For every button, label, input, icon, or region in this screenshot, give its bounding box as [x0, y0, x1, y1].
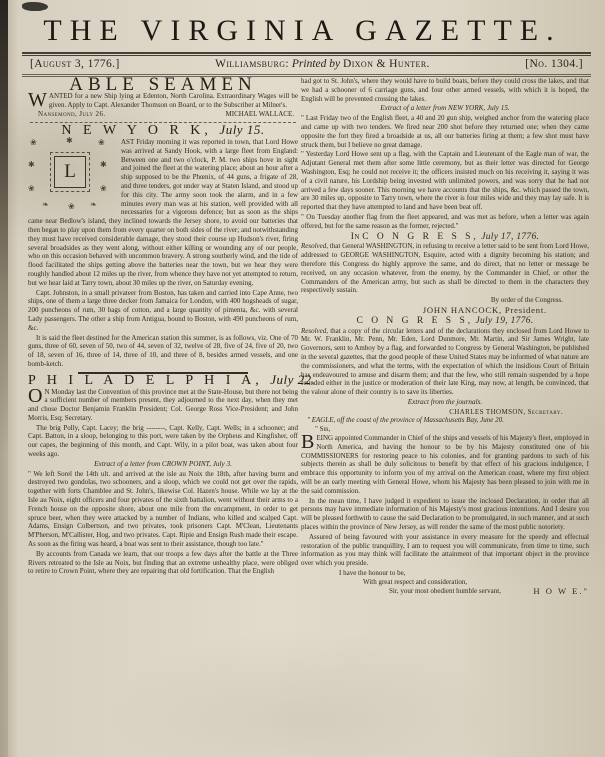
- journals-extract-line: Extract from the journals.: [301, 398, 589, 407]
- masthead-title: THE VIRGINIA GAZETTE.: [0, 14, 605, 48]
- heading-new-york: N E W Y O R K, July 15.: [28, 126, 298, 136]
- masthead-rule: [22, 52, 591, 56]
- ad-signature: MICHAEL WALLACE.: [226, 110, 294, 119]
- star-ornament-icon: ✱: [28, 161, 35, 170]
- heading-new-york-date: July 15.: [219, 122, 264, 137]
- resolved-lead: Resolved,: [301, 327, 328, 335]
- floral-ornament-icon: ❀: [30, 139, 37, 148]
- philadelphia-p2: The brig Polly, Capt. Lacey; the brig --…: [28, 424, 298, 459]
- able-seamen-ad: WANTED for a new Ship lying at Edenton, …: [28, 92, 298, 110]
- column-right: had got to St. John's, where they would …: [301, 77, 589, 595]
- imprint-place: Williamsburg:: [215, 58, 289, 70]
- new-york-report: ❀ ✱ ❀ ✱ ✱ ❀ ❀ ❧ ❀ ❧ L AST Friday morning…: [28, 138, 298, 288]
- able-seamen-body: ANTED for a new Ship lying at Edenton, N…: [49, 92, 298, 109]
- section-divider: [30, 122, 296, 123]
- issue-date: [August 3, 1776.]: [30, 58, 120, 70]
- dropcap-o: O: [28, 388, 44, 405]
- star-ornament-icon: ✱: [66, 137, 73, 146]
- able-seamen-signature-row: Nansemond, July 26. MICHAEL WALLACE.: [38, 110, 294, 119]
- crown-point-extract-heading: Extract of a letter from CROWN POINT, Ju…: [28, 460, 298, 469]
- newspaper-page: THE VIRGINIA GAZETTE. [August 3, 1776.] …: [0, 0, 605, 757]
- sprig-ornament-icon: ❧: [90, 201, 97, 210]
- star-ornament-icon: ✱: [100, 161, 107, 170]
- floral-ornament-icon: ❀: [98, 139, 105, 148]
- thomson-signature: CHARLES THOMSON, Secretary.: [301, 408, 589, 417]
- new-york-p2: Capt. Johnston, in a small privateer fro…: [28, 289, 298, 333]
- new-york-p3: It is said the fleet destined for the Am…: [28, 334, 298, 369]
- resolved-lead: Resolved,: [301, 242, 328, 250]
- howe-letter-p2: In the mean time, I have judged it exped…: [301, 497, 589, 532]
- heading-in-congress-lead: In: [351, 232, 360, 242]
- floral-ornament-icon: ❀: [68, 203, 75, 212]
- imprint: Williamsburg: Printed by Dixon & Hunter.: [215, 58, 430, 70]
- floral-ornament-icon: ❀: [100, 185, 107, 194]
- heading-philadelphia: P H I L A D E L P H I A, July 22.: [28, 376, 298, 386]
- ny-letter-p3: " On Tuesday another flag from the fleet…: [301, 213, 589, 231]
- howe-letter-p1-body: EING appointed Commander in Chief of the…: [301, 434, 589, 495]
- heading-congress: C O N G R E S S, July 19, 1776.: [301, 317, 589, 326]
- howe-letter-p1: BEING appointed Commander in Chief of th…: [301, 434, 589, 496]
- column-left: ABLE SEAMEN WANTED for a new Ship lying …: [28, 80, 298, 577]
- ny-letter-p2: " Yesterday Lord Howe sent up a flag, wi…: [301, 150, 589, 212]
- heading-new-york-place: N E W Y O R K,: [61, 123, 212, 138]
- howe-signature: H O W E.": [533, 587, 589, 596]
- heading-congress-date: July 19, 1776.: [475, 316, 533, 326]
- imprint-printers: Dixon & Hunter.: [343, 58, 430, 70]
- congress-resolution-1-body: that General WASHINGTON, in refusing to …: [301, 242, 589, 294]
- dateline: [August 3, 1776.] Williamsburg: Printed …: [30, 58, 583, 70]
- howe-closing-3: Sir, your most obedient humble servant,: [389, 587, 501, 596]
- howe-closing-1: I have the honour to be,: [301, 569, 589, 578]
- scan-edge-shadow: [0, 0, 8, 757]
- salutation-line: " Sir,: [301, 425, 589, 434]
- congress-resolution-2-body: that a copy of the circular letters and …: [301, 327, 589, 397]
- imprint-printed-by: Printed by: [292, 58, 340, 70]
- heading-congress-word: C O N G R E S S,: [356, 316, 473, 326]
- crown-point-letter: " We left Sorel the 14th ult. and arrive…: [28, 470, 298, 549]
- floral-ornament-icon: ❀: [28, 185, 35, 194]
- issue-number: [No. 1304.]: [525, 58, 583, 70]
- eagle-place-line: " EAGLE, off the coast of the province o…: [301, 416, 589, 425]
- canada-continuation: had got to St. John's, where they would …: [301, 77, 589, 103]
- ink-blot: [22, 2, 48, 11]
- heading-philadelphia-place: P H I L A D E L P H I A,: [28, 373, 263, 388]
- woodcut-initial-frame: ❀ ✱ ❀ ✱ ✱ ❀ ❀ ❧ ❀ ❧ L: [28, 139, 114, 213]
- howe-letter-p3: Assured of being favoured with your assi…: [301, 533, 589, 568]
- philadelphia-p1-body: N Monday last the Convention of this pro…: [28, 388, 298, 422]
- ny-letter-p1: " Last Friday two of the English fleet, …: [301, 114, 589, 149]
- dropcap-w: W: [28, 92, 49, 109]
- by-order-line: By order of the Congress.: [301, 296, 589, 305]
- dropcap-b: B: [301, 434, 316, 451]
- woodcut-initial-letter: L: [54, 156, 86, 188]
- sprig-ornament-icon: ❧: [42, 201, 49, 210]
- howe-closing-3-row: Sir, your most obedient humble servant, …: [301, 587, 589, 596]
- philadelphia-p1: ON Monday last the Convention of this pr…: [28, 388, 298, 423]
- ny-extract-heading: Extract of a letter from NEW YORK, July …: [301, 104, 589, 113]
- heading-able-seamen: ABLE SEAMEN: [28, 81, 298, 90]
- canada-accounts: By accounts from Canada we learn, that o…: [28, 550, 298, 576]
- ad-dateline: Nansemond, July 26.: [38, 110, 106, 119]
- heading-in-congress: In C O N G R E S S, July 17, 1776.: [301, 233, 589, 242]
- heading-in-congress-date: July 17, 1776.: [481, 232, 539, 242]
- congress-resolution-2: Resolved, that a copy of the circular le…: [301, 327, 589, 397]
- congress-resolution-1: Resolved, that General WASHINGTON, in re…: [301, 242, 589, 295]
- hancock-signature: JOHN HANCOCK, President.: [301, 306, 589, 315]
- heading-in-congress-word: C O N G R E S S,: [362, 232, 479, 242]
